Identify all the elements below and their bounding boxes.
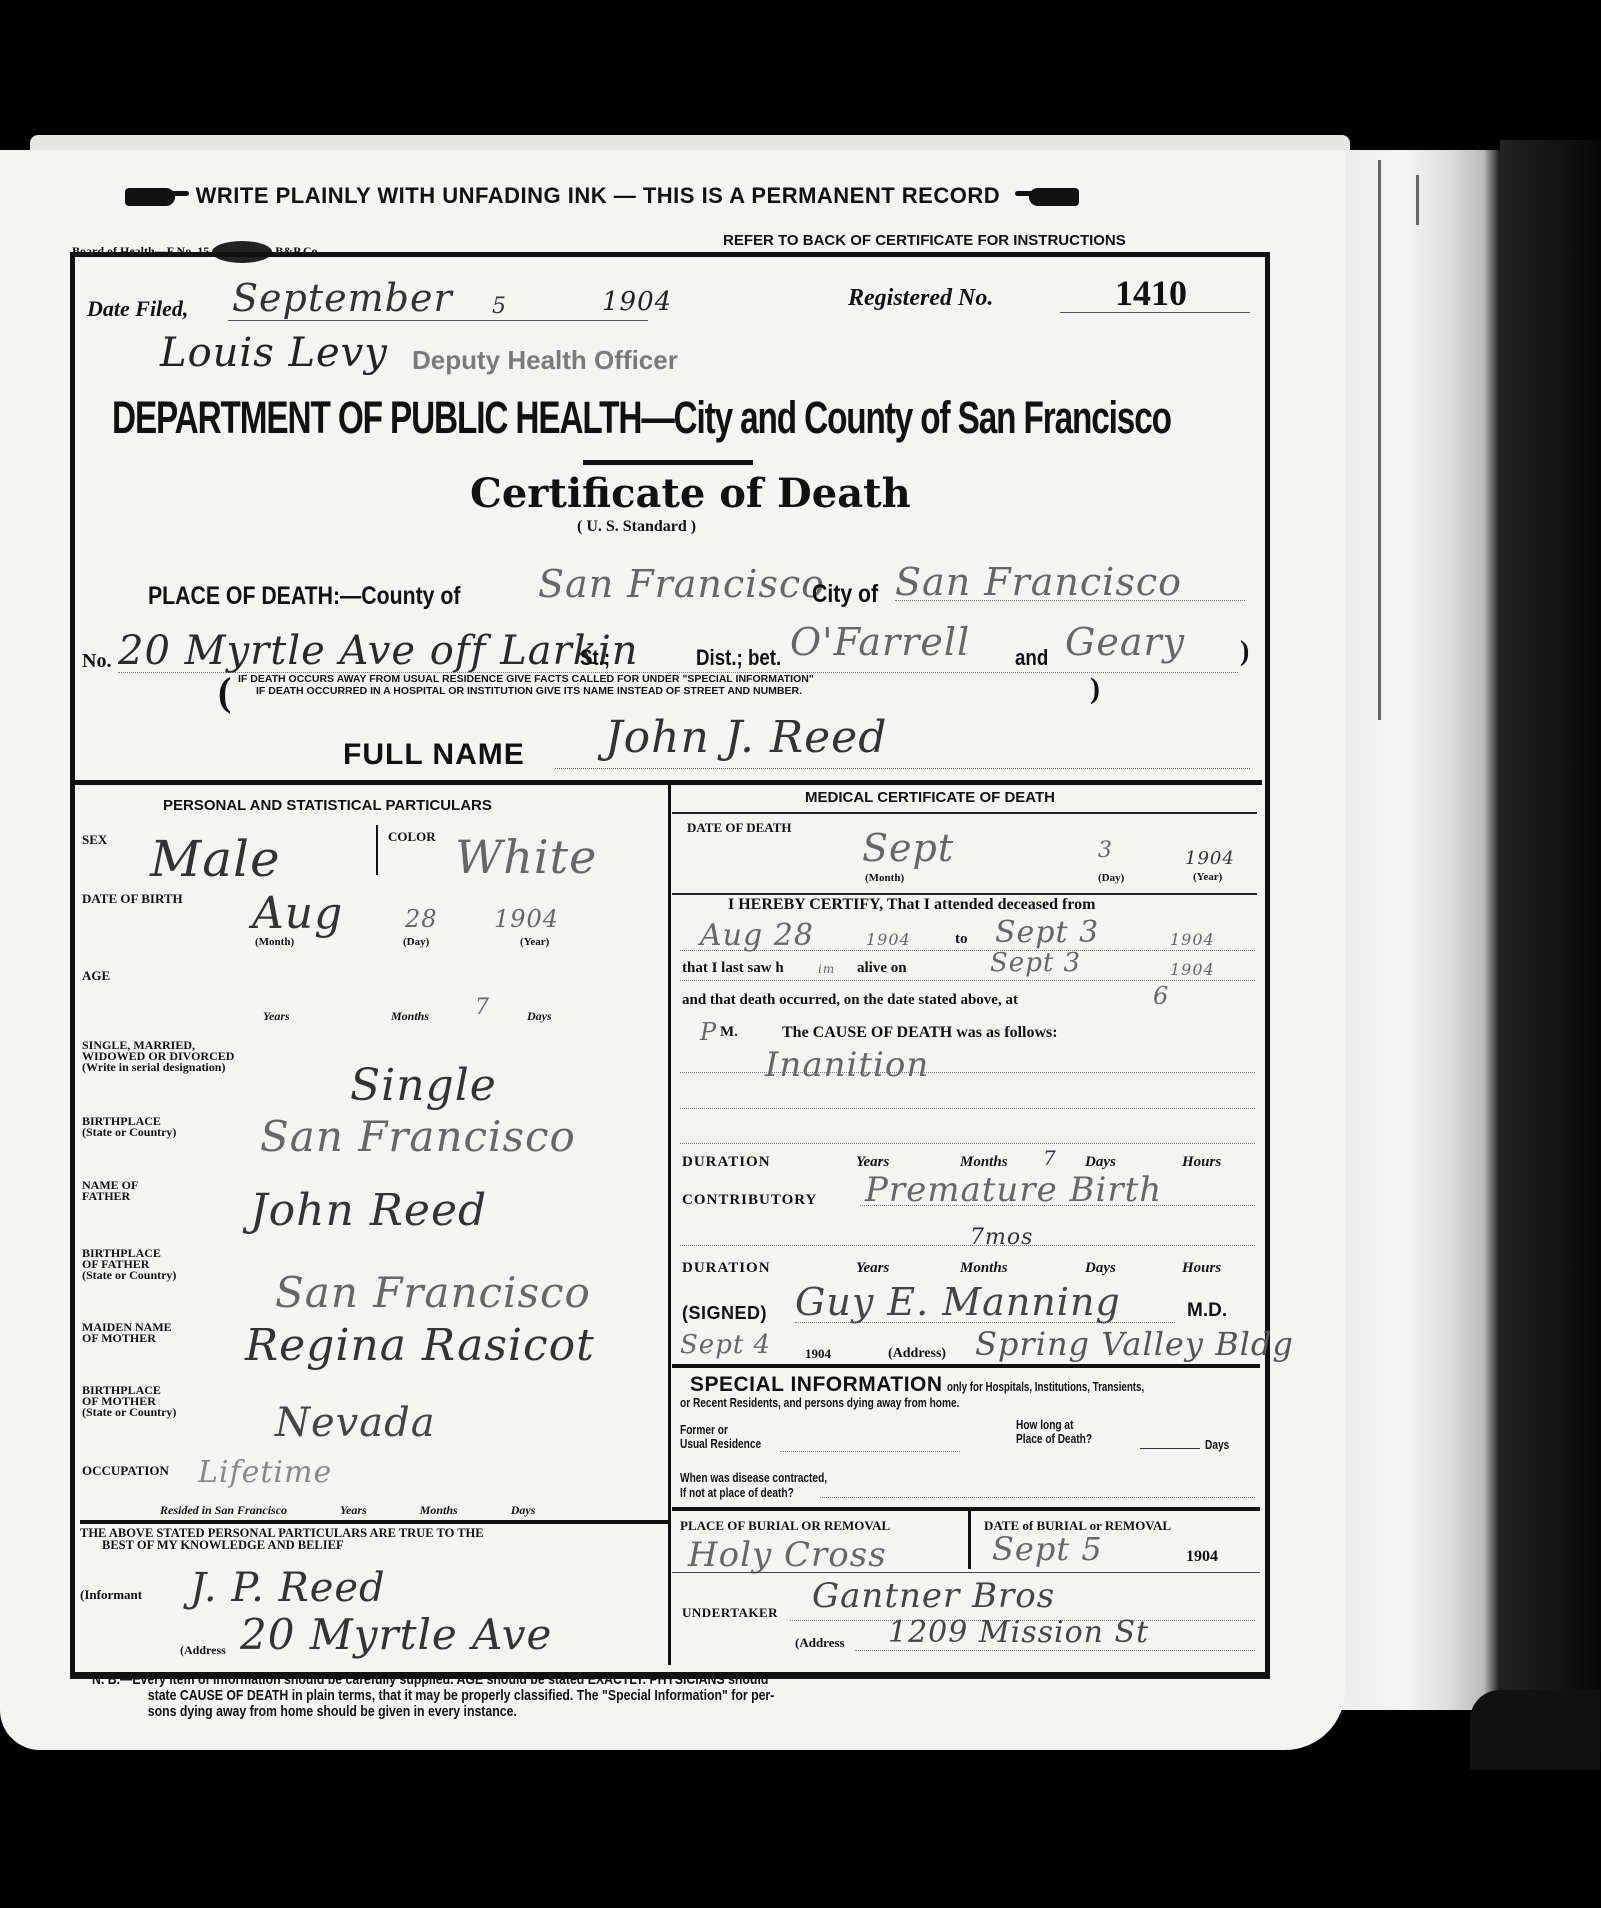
section-divider — [672, 893, 1257, 895]
refer-note: REFER TO BACK OF CERTIFICATE FOR INSTRUC… — [723, 232, 1126, 249]
page-edge-line — [1378, 160, 1381, 720]
date-filed-day[interactable]: 5 — [492, 294, 507, 319]
year-caption: (Year) — [520, 937, 549, 948]
pointing-hand-icon — [125, 188, 175, 206]
former-residence-label: Former or Usual Residence — [680, 1423, 761, 1451]
section-divider — [80, 1520, 668, 1524]
how-long-label: How long at Place of Death? — [1016, 1418, 1092, 1446]
months-caption: Months — [960, 1154, 1008, 1171]
death-meridiem[interactable]: P — [700, 1018, 717, 1046]
underline — [555, 768, 1250, 769]
underline — [680, 950, 1255, 951]
informant-address[interactable]: 20 Myrtle Ave — [240, 1610, 552, 1659]
dod-year[interactable]: 1904 — [1185, 848, 1235, 869]
paren: ) — [1240, 636, 1249, 668]
between-street-2[interactable]: Geary — [1065, 620, 1185, 664]
physician-signature[interactable]: Guy E. Manning — [795, 1280, 1121, 1324]
officer-signature: Louis Levy — [160, 330, 388, 376]
hours-caption: Hours — [1182, 1154, 1221, 1171]
resided-row: Resided in San Francisco Years Months Da… — [160, 1503, 535, 1518]
full-name-value[interactable]: John J. Reed — [605, 712, 887, 763]
ledger-page-stack — [1340, 150, 1500, 1710]
birthplace-label: BIRTHPLACE (State or Country) — [82, 1116, 176, 1138]
birthplace-value[interactable]: San Francisco — [260, 1112, 576, 1161]
age-days-value[interactable]: 7 — [475, 995, 490, 1020]
underline — [228, 320, 648, 321]
physician-address-label: (Address) — [888, 1346, 946, 1362]
date-filed-year[interactable]: 1904 — [602, 287, 672, 317]
street-address[interactable]: 20 Myrtle Ave off Larkin — [118, 628, 639, 674]
cause-label: The CAUSE OF DEATH was as follows: — [782, 1024, 1058, 1042]
to-label: to — [955, 931, 968, 948]
mother-label: MAIDEN NAME OF MOTHER — [82, 1322, 172, 1344]
age-months-caption: Months — [391, 1009, 429, 1024]
binding-shadow — [1470, 1690, 1600, 1770]
paren: ) — [1090, 672, 1100, 706]
county-value[interactable]: San Francisco — [538, 562, 825, 606]
certificate-subtitle: ( U. S. Standard ) — [577, 518, 696, 536]
marital-label: SINGLE, MARRIED, WIDOWED OR DIVORCED (Wr… — [82, 1040, 234, 1073]
signed-label: (SIGNED) — [682, 1303, 767, 1324]
scan-background — [0, 1752, 1601, 1908]
occurred-text: and that death occurred, on the date sta… — [682, 992, 1018, 1009]
sex-label: SEX — [82, 834, 107, 846]
informant-address-label: (Address — [180, 1643, 226, 1658]
pointing-hand-icon — [1029, 188, 1079, 206]
field-divider — [968, 1511, 971, 1569]
city-label: City of — [812, 580, 878, 609]
place-of-death-label: PLACE OF DEATH:—County of — [148, 582, 460, 611]
undertaker-value[interactable]: Gantner Bros — [812, 1576, 1055, 1616]
date-filed-month[interactable]: September — [232, 276, 453, 320]
alive-on-label: alive on — [857, 960, 907, 977]
contracted-field — [820, 1497, 1255, 1498]
underline — [795, 1322, 1175, 1323]
days-label: Days — [1205, 1437, 1229, 1452]
marital-value[interactable]: Single — [350, 1060, 497, 1111]
underline — [1060, 312, 1250, 313]
registered-no[interactable]: 1410 — [1115, 272, 1187, 314]
signed-year[interactable]: 1904 — [805, 1346, 831, 1362]
occupation-value[interactable]: Lifetime — [198, 1455, 332, 1490]
undertaker-label: UNDERTAKER — [682, 1605, 778, 1621]
underline — [680, 1072, 1255, 1073]
m-label: M. — [720, 1024, 738, 1041]
personal-section-title: PERSONAL AND STATISTICAL PARTICULARS — [163, 797, 492, 814]
duration-days[interactable]: 7 — [1043, 1146, 1057, 1170]
dod-label: DATE OF DEATH — [687, 822, 792, 834]
father-birthplace-value[interactable]: San Francisco — [275, 1268, 591, 1317]
father-birthplace-label: BIRTHPLACE OF FATHER (State or Country) — [82, 1248, 176, 1281]
dod-month[interactable]: Sept — [862, 826, 954, 870]
dob-month[interactable]: Aug — [252, 888, 343, 939]
age-days-caption: Days — [527, 1009, 552, 1024]
months-caption: Months — [960, 1260, 1008, 1277]
days-caption: Days — [1085, 1260, 1116, 1277]
section-divider — [672, 1507, 1260, 1511]
attestation: THE ABOVE STATED PERSONAL PARTICULARS AR… — [80, 1527, 484, 1551]
dod-day[interactable]: 3 — [1098, 838, 1113, 863]
attended-to-year[interactable]: 1904 — [1170, 930, 1215, 949]
underline — [672, 1572, 1260, 1573]
section-divider — [72, 780, 1262, 785]
dob-year[interactable]: 1904 — [494, 905, 559, 933]
special-info-subtitle: or Recent Residents, and persons dying a… — [680, 1395, 959, 1410]
certify-text: I HEREBY CERTIFY, That I attended deceas… — [728, 896, 1095, 914]
underline — [680, 980, 1255, 981]
father-value[interactable]: John Reed — [250, 1185, 487, 1236]
cause-value[interactable]: Inanition — [765, 1045, 929, 1085]
attended-from[interactable]: Aug 28 — [700, 918, 814, 953]
physician-address[interactable]: Spring Valley Bldg — [975, 1325, 1294, 1363]
mother-birthplace-value[interactable]: Nevada — [275, 1400, 436, 1446]
registered-no-label: Registered No. — [848, 285, 993, 312]
dist-label: Dist.; bet. — [696, 645, 781, 671]
date-filed-label: Date Filed, — [87, 296, 188, 322]
column-divider — [668, 785, 671, 1665]
banner: WRITE PLAINLY WITH UNFADING INK — THIS I… — [125, 183, 1079, 209]
dob-label: DATE OF BIRTH — [82, 893, 183, 905]
special-info-header: SPECIAL INFORMATION only for Hospitals, … — [690, 1373, 1210, 1397]
underline — [855, 1650, 1255, 1651]
address-no-label: No. — [82, 650, 111, 673]
page-edge-line — [1416, 175, 1419, 225]
full-name-label: FULL NAME — [343, 738, 525, 772]
between-street-1[interactable]: O'Farrell — [790, 620, 970, 664]
mother-birthplace-label: BIRTHPLACE OF MOTHER (State or Country) — [82, 1385, 176, 1418]
burial-place[interactable]: Holy Cross — [688, 1535, 887, 1575]
undertaker-address[interactable]: 1209 Mission St — [888, 1615, 1149, 1650]
footnote: N. B.—Every item of information should b… — [92, 1672, 774, 1720]
place-note: IF DEATH OCCURS AWAY FROM USUAL RESIDENC… — [238, 673, 814, 697]
burial-year[interactable]: 1904 — [1186, 1548, 1218, 1566]
field-divider — [376, 825, 378, 875]
years-caption: Years — [856, 1260, 889, 1277]
occupation-label: OCCUPATION — [82, 1465, 169, 1477]
month-caption: (Month) — [255, 937, 294, 948]
undertaker-address-label: (Address — [795, 1635, 845, 1651]
contracted-label: When was disease contracted, If not at p… — [680, 1470, 827, 1500]
certificate-title: Certificate of Death — [470, 470, 911, 517]
underline — [895, 600, 1245, 601]
day-caption: (Day) — [1098, 873, 1124, 884]
st-label: St.; — [580, 645, 610, 671]
medical-section-title: MEDICAL CERTIFICATE OF DEATH — [805, 789, 1055, 806]
death-hour[interactable]: 6 — [1153, 982, 1169, 1010]
years-caption: Years — [856, 1154, 889, 1171]
contributory-label: CONTRIBUTORY — [682, 1192, 817, 1209]
color-label: COLOR — [388, 831, 436, 843]
age-label: AGE — [82, 970, 110, 982]
underline — [680, 1245, 1255, 1246]
md-label: M.D. — [1187, 1300, 1227, 1322]
underline — [680, 1108, 1255, 1109]
days-caption: Days — [1085, 1154, 1116, 1171]
section-divider — [672, 812, 1257, 814]
last-saw-label: that I last saw h — [682, 960, 784, 977]
officer-title: Deputy Health Officer — [412, 345, 678, 376]
underline — [860, 1205, 1255, 1206]
father-label: NAME OF FATHER — [82, 1180, 138, 1202]
and-label: and — [1015, 645, 1048, 671]
paren: ( — [218, 672, 231, 712]
burial-place-label: PLACE OF BURIAL OR REMOVAL — [680, 1518, 890, 1534]
how-long-field — [1140, 1448, 1200, 1449]
color-value[interactable]: White — [455, 830, 597, 884]
section-divider — [672, 1364, 1260, 1368]
duration-label: DURATION — [682, 1154, 771, 1171]
contributory-value[interactable]: Premature Birth — [865, 1170, 1162, 1210]
informant-label: (Informant — [80, 1587, 142, 1603]
duration-label-2: DURATION — [682, 1260, 771, 1277]
attended-from-year[interactable]: 1904 — [866, 930, 911, 949]
sex-value[interactable]: Male — [150, 830, 281, 888]
department-title: DEPARTMENT OF PUBLIC HEALTH—City and Cou… — [112, 392, 1171, 444]
burial-date[interactable]: Sept 5 — [992, 1530, 1103, 1568]
dob-day[interactable]: 28 — [405, 905, 438, 933]
last-saw-pronoun[interactable]: im — [818, 962, 835, 976]
hours-caption: Hours — [1182, 1260, 1221, 1277]
divider — [583, 460, 753, 465]
contributory-duration[interactable]: 7mos — [970, 1225, 1033, 1250]
signed-date[interactable]: Sept 4 — [680, 1330, 771, 1360]
last-saw-year[interactable]: 1904 — [1170, 960, 1215, 979]
mother-value[interactable]: Regina Rasicot — [245, 1320, 595, 1371]
informant-value[interactable]: J. P. Reed — [190, 1565, 386, 1611]
city-value[interactable]: San Francisco — [895, 560, 1182, 604]
last-saw-date[interactable]: Sept 3 — [990, 948, 1081, 978]
day-caption: (Day) — [403, 937, 429, 948]
attended-to[interactable]: Sept 3 — [995, 915, 1099, 950]
year-caption: (Year) — [1193, 872, 1222, 883]
age-years-caption: Years — [263, 1009, 290, 1024]
month-caption: (Month) — [865, 873, 904, 884]
binding-shadow — [1500, 140, 1601, 1908]
former-residence-field — [780, 1451, 960, 1452]
underline — [680, 1143, 1255, 1144]
